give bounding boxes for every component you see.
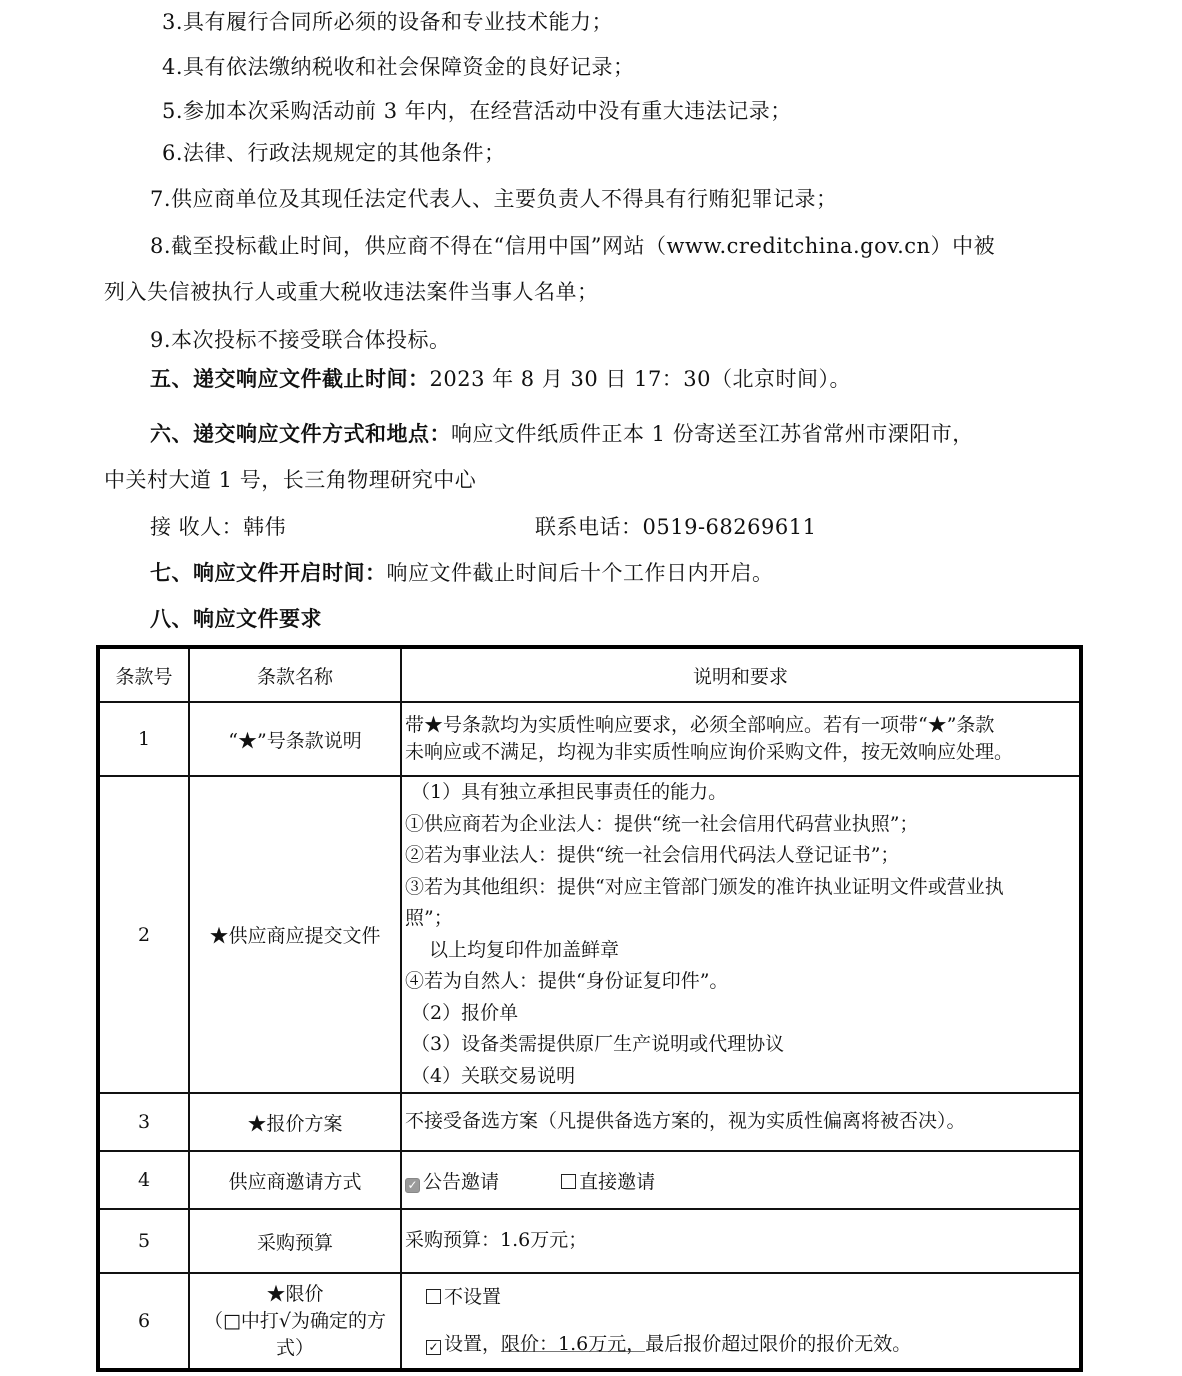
description-line: ①供应商若为企业法人：提供“统一社会信用代码营业执照”； — [405, 809, 1079, 841]
clause-name: 采购预算 — [189, 1209, 401, 1273]
section-8-title: 八、响应文件要求 — [150, 605, 322, 633]
clause-no: 2 — [98, 776, 189, 1093]
clause-description: 采购预算：1.6万元； — [401, 1209, 1081, 1273]
clause-name: “★”号条款说明 — [189, 702, 401, 776]
description-line: 采购预算：1.6万元； — [405, 1225, 1079, 1257]
description-line: 带★号条款均为实质性响应要求，必须全部响应。若有一项带“★”条款 — [405, 712, 1079, 739]
header-clause-name: 条款名称 — [189, 647, 401, 702]
option-rest-text: 最后报价超过限价的报价无效。 — [645, 1333, 911, 1355]
checkbox-checked-icon[interactable]: ✓ — [405, 1178, 420, 1193]
clause-name-line: ★限价 — [190, 1281, 400, 1308]
checkbox-checked-icon[interactable]: ✓ — [426, 1340, 441, 1355]
description-line: （2）报价单 — [405, 998, 1079, 1030]
clause-name: ★供应商应提交文件 — [189, 776, 401, 1093]
section-7: 七、响应文件开启时间：响应文件截止时间后十个工作日内开启。 — [150, 559, 774, 587]
clause-description: 不设置 ✓设置，限价：1.6万元，最后报价超过限价的报价无效。 — [401, 1273, 1081, 1370]
checkbox-unchecked-icon[interactable] — [561, 1174, 576, 1189]
description-line: ②若为事业法人：提供“统一社会信用代码法人登记证书”； — [405, 840, 1079, 872]
paragraph-item-8-line-2: 列入失信被执行人或重大税收违法案件当事人名单； — [104, 278, 599, 306]
clause-no: 6 — [98, 1273, 189, 1370]
option-label: 不设置 — [444, 1286, 501, 1308]
header-description: 说明和要求 — [401, 647, 1081, 702]
clause-name: ★限价 （□中打√为确定的方 式） — [189, 1273, 401, 1370]
clause-name-line: 式） — [190, 1335, 400, 1362]
header-clause-no: 条款号 — [98, 647, 189, 702]
phone-label: 联系电话：0519-68269611 — [535, 513, 816, 541]
paragraph-item-4: 4.具有依法缴纳税收和社会保障资金的良好记录； — [162, 53, 635, 81]
clause-description: 带★号条款均为实质性响应要求，必须全部响应。若有一项带“★”条款 未响应或不满足… — [401, 702, 1081, 776]
table-row: 2 ★供应商应提交文件 （1）具有独立承担民事责任的能力。 ①供应商若为企业法人… — [98, 776, 1081, 1093]
clause-no: 3 — [98, 1093, 189, 1151]
clause-name: 供应商邀请方式 — [189, 1151, 401, 1209]
section-6-title: 六、递交响应文件方式和地点： — [150, 421, 451, 446]
section-7-value: 响应文件截止时间后十个工作日内开启。 — [387, 561, 774, 585]
section-5-value: 2023 年 8 月 30 日 17：30（北京时间）。 — [430, 367, 852, 391]
paragraph-item-8-line-1: 8.截至投标截止时间，供应商不得在“信用中国”网站（www.creditchin… — [150, 232, 995, 260]
table-header-row: 条款号 条款名称 说明和要求 — [98, 647, 1081, 702]
description-line: 照”； — [405, 903, 1079, 935]
clause-no: 4 — [98, 1151, 189, 1209]
clause-description: ✓公告邀请 直接邀请 — [401, 1151, 1081, 1209]
clause-no: 5 — [98, 1209, 189, 1273]
checkbox-unchecked-icon[interactable] — [426, 1289, 441, 1304]
option-label: 设置， — [444, 1333, 501, 1355]
description-line: （3）设备类需提供原厂生产说明或代理协议 — [405, 1029, 1079, 1061]
description-line: 未响应或不满足，均视为非实质性响应询价采购文件，按无效响应处理。 — [405, 739, 1079, 766]
description-line: ④若为自然人：提供“身份证复印件”。 — [405, 966, 1079, 998]
clause-description: （1）具有独立承担民事责任的能力。 ①供应商若为企业法人：提供“统一社会信用代码… — [401, 776, 1081, 1093]
section-5-title: 五、递交响应文件截止时间： — [150, 366, 430, 391]
section-6-value: 响应文件纸质件正本 1 份寄送至江苏省常州市溧阳市， — [451, 422, 974, 446]
table-row: 3 ★报价方案 不接受备选方案（凡提供备选方案的，视为实质性偏离将被否决）。 — [98, 1093, 1081, 1151]
description-line: （4）关联交易说明 — [405, 1061, 1079, 1093]
receiver-label: 接 收人：韩伟 — [150, 513, 286, 541]
paragraph-item-5: 5.参加本次采购活动前 3 年内，在经营活动中没有重大违法记录； — [162, 97, 792, 125]
clause-description: 不接受备选方案（凡提供备选方案的，视为实质性偏离将被否决）。 — [401, 1093, 1081, 1151]
clause-name-line: （□中打√为确定的方 — [190, 1308, 400, 1335]
clause-name: ★报价方案 — [189, 1093, 401, 1151]
paragraph-item-3: 3.具有履行合同所必须的设备和专业技术能力； — [162, 8, 613, 36]
table-row: 1 “★”号条款说明 带★号条款均为实质性响应要求，必须全部响应。若有一项带“★… — [98, 702, 1081, 776]
limit-price-value: 限价：1.6万元， — [501, 1333, 645, 1355]
table-row: 4 供应商邀请方式 ✓公告邀请 直接邀请 — [98, 1151, 1081, 1209]
section-6-line-1: 六、递交响应文件方式和地点：响应文件纸质件正本 1 份寄送至江苏省常州市溧阳市， — [150, 420, 974, 448]
section-6-line-2: 中关村大道 1 号，长三角物理研究中心 — [104, 466, 476, 494]
description-line: 以上均复印件加盖鲜章 — [405, 935, 1079, 967]
paragraph-item-7: 7.供应商单位及其现任法定代表人、主要负责人不得具有行贿犯罪记录； — [150, 185, 838, 213]
paragraph-item-9: 9.本次投标不接受联合体投标。 — [150, 326, 451, 354]
option-public-invitation: 公告邀请 — [423, 1171, 499, 1193]
table-row: 5 采购预算 采购预算：1.6万元； — [98, 1209, 1081, 1273]
paragraph-item-6: 6.法律、行政法规规定的其他条件； — [162, 139, 506, 167]
section-5: 五、递交响应文件截止时间：2023 年 8 月 30 日 17：30（北京时间）… — [150, 365, 851, 393]
clause-no: 1 — [98, 702, 189, 776]
option-set-limit: ✓设置，限价：1.6万元，最后报价超过限价的报价无效。 — [426, 1329, 1079, 1361]
table-row: 6 ★限价 （□中打√为确定的方 式） 不设置 ✓设置，限价：1.6万元，最后报… — [98, 1273, 1081, 1370]
description-line: 不接受备选方案（凡提供备选方案的，视为实质性偏离将被否决）。 — [405, 1106, 1079, 1138]
option-direct-invitation: 直接邀请 — [579, 1171, 655, 1193]
description-line: ③若为其他组织：提供“对应主管部门颁发的准许执业证明文件或营业执 — [405, 872, 1079, 904]
description-line: （1）具有独立承担民事责任的能力。 — [405, 777, 1079, 809]
requirements-table: 条款号 条款名称 说明和要求 1 “★”号条款说明 带★号条款均为实质性响应要求… — [96, 645, 1083, 1372]
option-no-limit: 不设置 — [426, 1282, 1079, 1314]
section-7-title: 七、响应文件开启时间： — [150, 560, 387, 585]
